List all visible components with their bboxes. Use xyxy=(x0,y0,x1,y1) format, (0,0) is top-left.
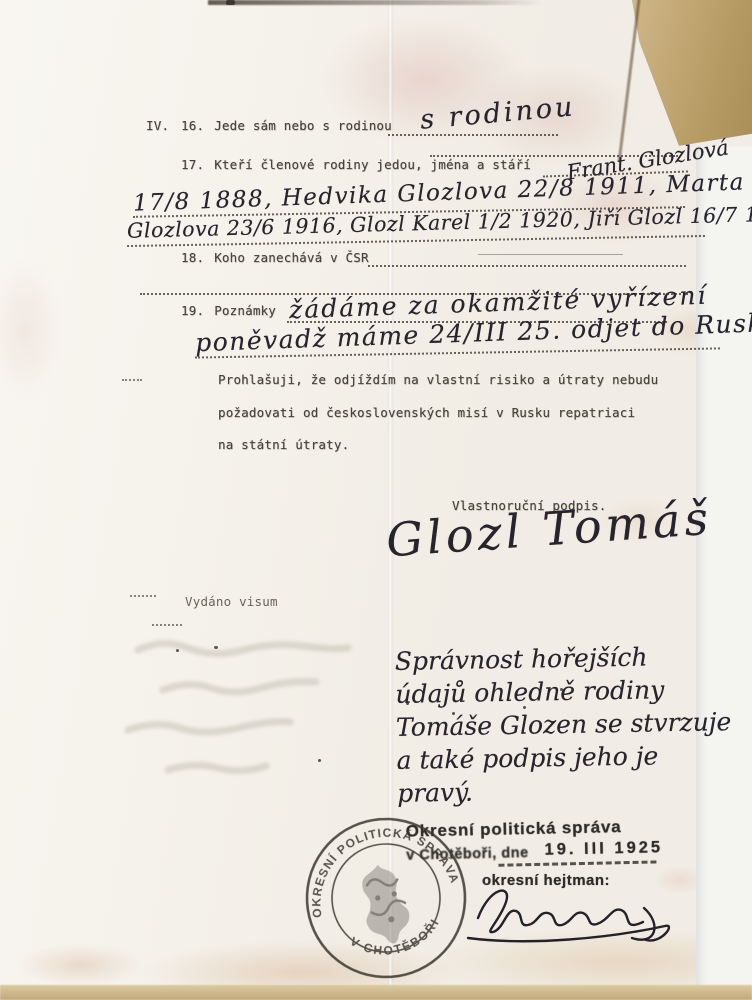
dotted-line xyxy=(388,133,558,136)
item-19-label: Poznámky xyxy=(214,303,276,318)
form-item-16: 16.Jede sám nebo s rodinou xyxy=(181,118,392,134)
office-stamp-date: 19. III 1925 xyxy=(544,838,663,859)
item-17-number: 17. xyxy=(181,157,204,172)
section-numeral: IV. xyxy=(146,118,169,134)
lion-emblem-icon xyxy=(354,860,416,948)
margin-dots xyxy=(130,594,156,597)
verification-note: Správnost hořejších údajů ohledně rodiny… xyxy=(395,639,733,810)
form-item-18: 18.Koho zanechává v ČSR xyxy=(181,250,369,266)
pencil-stroke xyxy=(478,254,623,255)
ink-speck xyxy=(226,0,235,5)
paper-top-edge xyxy=(208,0,543,5)
item-19-number: 19. xyxy=(181,303,204,318)
item-16-label: Jede sám nebo s rodinou xyxy=(214,118,392,133)
declaration-paragraph: Prohlašuji, že odjíždím na vlastní risik… xyxy=(218,372,658,453)
declaration-line2: požadovati od československých misí v Ru… xyxy=(218,405,658,421)
form-item-19: 19.Poznámky xyxy=(181,303,276,319)
form-item-17: 17.Kteří členové rodiny jedou, jména a s… xyxy=(181,157,531,173)
declaration-line1: Prohlašuji, že odjíždím na vlastní risik… xyxy=(218,372,658,388)
item-16-number: 16. xyxy=(181,118,204,133)
applicant-signature: Glozl Tomáš xyxy=(385,491,714,568)
item-17-label: Kteří členové rodiny jedou, jména a stář… xyxy=(214,157,531,172)
scan-background-right xyxy=(696,146,752,1000)
margin-dots xyxy=(152,623,182,626)
scanned-document-page: IV. 16.Jede sám nebo s rodinou s rodinou… xyxy=(0,0,752,1000)
hejtman-signature xyxy=(460,880,690,958)
item-18-label: Koho zanechává v ČSR xyxy=(214,250,369,265)
item-16-answer-handwritten: s rodinou xyxy=(419,91,577,135)
bleedthrough-marks xyxy=(108,615,408,810)
dotted-line xyxy=(368,264,686,267)
visa-note: Vydáno visum xyxy=(185,594,278,610)
margin-dots xyxy=(122,378,142,381)
item-18-number: 18. xyxy=(181,250,204,265)
declaration-line3: na státní útraty. xyxy=(218,437,658,453)
